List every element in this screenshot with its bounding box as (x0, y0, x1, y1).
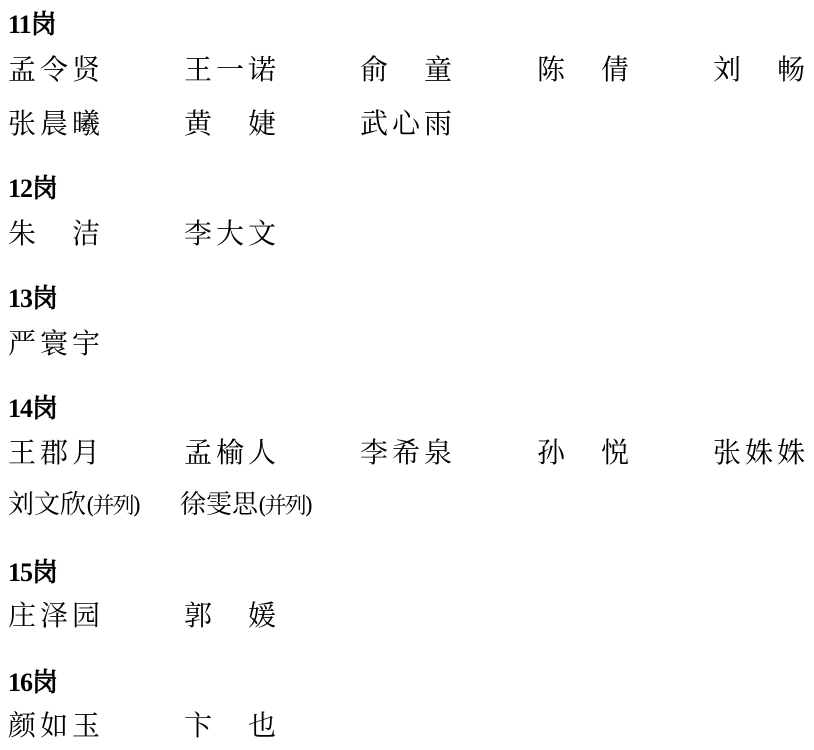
name-row: 颜如玉 卞也 (0, 709, 814, 743)
tied-row: 刘文欣(并列) 徐雯思(并列) (0, 488, 814, 522)
name-entry: 卞也 (184, 709, 276, 743)
tied-note: (并列) (86, 494, 139, 519)
name-row: 孟令贤 王一诺 俞童 陈倩 刘畅 (0, 53, 814, 87)
name-entry: 颜如玉 (8, 709, 100, 743)
name-entry: 孟榆人 (184, 436, 276, 470)
name-entry: 李希泉 (360, 436, 452, 470)
name-entry: 孙悦 (537, 436, 629, 470)
name-entry: 王一诺 (184, 53, 276, 87)
name-entry: 张晨曦 (8, 107, 100, 141)
name-row: 张晨曦 黄婕 武心雨 (0, 107, 814, 141)
section-heading: 12岗 (8, 174, 57, 204)
section-heading: 11岗 (8, 10, 56, 40)
tied-note: (并列) (258, 494, 311, 519)
name-entry: 李大文 (184, 217, 276, 251)
name-entry: 庄泽园 (8, 599, 100, 633)
name-entry: 孟令贤 (8, 53, 100, 87)
name-entry: 俞童 (360, 53, 452, 87)
section-heading: 14岗 (8, 394, 57, 424)
name-entry: 张姝姝 (713, 436, 805, 470)
name-entry: 严寰宇 (8, 327, 100, 361)
name-entry: 郭媛 (184, 599, 276, 633)
name-entry: 刘畅 (713, 53, 805, 87)
tied-name-entry: 徐雯思(并列) (180, 488, 311, 524)
section-heading: 13岗 (8, 284, 57, 314)
name-entry: 王郡月 (8, 436, 100, 470)
name-entry: 陈倩 (537, 53, 629, 87)
name-entry: 武心雨 (360, 107, 452, 141)
section-heading: 16岗 (8, 668, 57, 698)
name-row: 朱洁 李大文 (0, 217, 814, 251)
name-row: 王郡月 孟榆人 李希泉 孙悦 张姝姝 (0, 436, 814, 470)
name-entry: 朱洁 (8, 217, 100, 251)
section-heading: 15岗 (8, 558, 57, 588)
name-row: 庄泽园 郭媛 (0, 599, 814, 633)
tied-name-entry: 刘文欣(并列) (8, 488, 139, 524)
name-row: 严寰宇 (0, 327, 814, 361)
name-entry: 黄婕 (184, 107, 276, 141)
